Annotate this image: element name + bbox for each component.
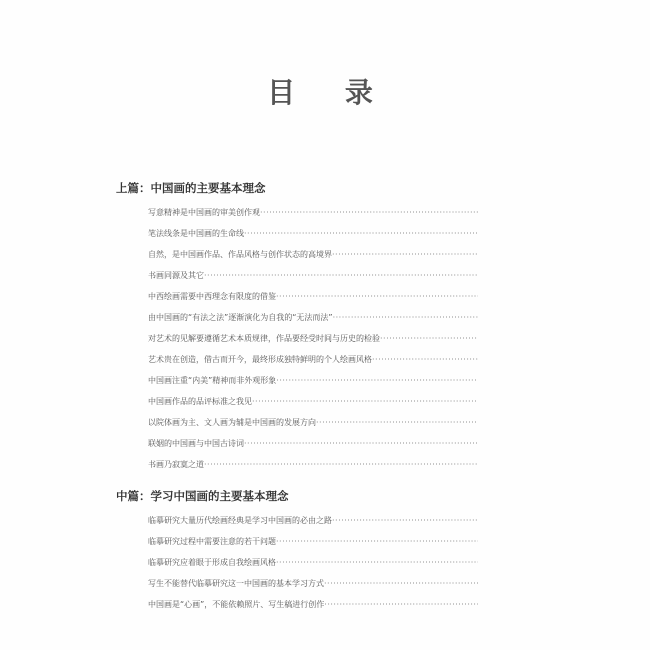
dot-leader [372,349,478,370]
entry-title: 自然，是中国画作品、作品风格与创作状态的高境界 [148,244,332,265]
entry-title: 笔法线条是中国画的生命线 [148,223,244,244]
toc-entry[interactable]: 写意精神是中国画的审美创作观 [148,202,478,223]
toc-page: 目 录 上篇：中国画的主要基本理念 写意精神是中国画的审美创作观 笔法线条是中国… [0,0,650,650]
dot-leader [324,594,478,615]
toc-entry[interactable]: 临摹研究应着眼于形成自我绘画风格 [148,552,478,573]
toc-entry[interactable]: 艺术贵在创造，借古而开今，最终形成独特鲜明的个人绘画风格 [148,349,478,370]
dot-leader [276,552,478,573]
entry-title: 书画同源及其它 [148,265,204,286]
toc-entry[interactable]: 以院体画为主、文人画为辅是中国画的发展方向 [148,412,478,433]
dot-leader [244,223,478,244]
toc-entry[interactable]: 临摹研究大量历代绘画经典是学习中国画的必由之路 [148,510,478,531]
dot-leader [332,510,478,531]
entry-title: 由中国画的“有法之法”逐渐演化为自我的“无法而法” [148,307,333,328]
toc-entry[interactable]: 对艺术的见解要遵循艺术本质规律，作品要经受时间与历史的检验 [148,328,478,349]
dot-leader [276,286,478,307]
toc-entry[interactable]: 自然，是中国画作品、作品风格与创作状态的高境界 [148,244,478,265]
entry-title: 艺术贵在创造，借古而开今，最终形成独特鲜明的个人绘画风格 [148,349,372,370]
entry-title: 联姻的中国画与中国古诗词 [148,433,244,454]
entry-title: 书画乃寂寞之道 [148,454,204,475]
dot-leader [276,531,478,552]
toc-entry[interactable]: 联姻的中国画与中国古诗词 [148,433,478,454]
section-header: 上篇：中国画的主要基本理念 [116,180,486,196]
dot-leader [324,573,478,594]
dot-leader [276,370,478,391]
toc-entry[interactable]: 中国画是“心画”，不能依赖照片、写生稿进行创作 [148,594,478,615]
entry-title: 临摹研究过程中需要注意的若干问题 [148,531,276,552]
entry-title: 临摹研究应着眼于形成自我绘画风格 [148,552,276,573]
entry-title: 中国画注重“内美”精神而非外观形象 [148,370,276,391]
entry-title: 以院体画为主、文人画为辅是中国画的发展方向 [148,412,316,433]
toc-entry[interactable]: 书画同源及其它 [148,265,478,286]
dot-leader [204,454,478,475]
toc-entry[interactable]: 由中国画的“有法之法”逐渐演化为自我的“无法而法” [148,307,478,328]
dot-leader [380,328,478,349]
entry-list: 写意精神是中国画的审美创作观 笔法线条是中国画的生命线 自然，是中国画作品、作品… [148,202,478,475]
section-header: 中篇：学习中国画的主要基本理念 [116,488,486,504]
toc-section-part-2: 中篇：学习中国画的主要基本理念 临摹研究大量历代绘画经典是学习中国画的必由之路 … [116,488,486,615]
entry-list: 临摹研究大量历代绘画经典是学习中国画的必由之路 临摹研究过程中需要注意的若干问题… [148,510,478,615]
page-title: 目 录 [0,75,650,111]
entry-title: 中国画作品的品评标准之我见 [148,391,252,412]
toc-entry[interactable]: 中西绘画需要中西理念有限度的借鉴 [148,286,478,307]
toc-entry[interactable]: 笔法线条是中国画的生命线 [148,223,478,244]
dot-leader [333,307,478,328]
toc-entry[interactable]: 中国画注重“内美”精神而非外观形象 [148,370,478,391]
dot-leader [244,433,478,454]
dot-leader [204,265,478,286]
entry-title: 中国画是“心画”，不能依赖照片、写生稿进行创作 [148,594,324,615]
entry-title: 写生不能替代临摹研究这一中国画的基本学习方式 [148,573,324,594]
toc-entry[interactable]: 写生不能替代临摹研究这一中国画的基本学习方式 [148,573,478,594]
entry-title: 对艺术的见解要遵循艺术本质规律，作品要经受时间与历史的检验 [148,328,380,349]
entry-title: 写意精神是中国画的审美创作观 [148,202,260,223]
toc-entry[interactable]: 书画乃寂寞之道 [148,454,478,475]
toc-entry[interactable]: 中国画作品的品评标准之我见 [148,391,478,412]
dot-leader [332,244,478,265]
entry-title: 临摹研究大量历代绘画经典是学习中国画的必由之路 [148,510,332,531]
toc-section-part-1: 上篇：中国画的主要基本理念 写意精神是中国画的审美创作观 笔法线条是中国画的生命… [116,180,486,475]
toc-entry[interactable]: 临摹研究过程中需要注意的若干问题 [148,531,478,552]
dot-leader [316,412,478,433]
entry-title: 中西绘画需要中西理念有限度的借鉴 [148,286,276,307]
dot-leader [252,391,478,412]
dot-leader [260,202,478,223]
